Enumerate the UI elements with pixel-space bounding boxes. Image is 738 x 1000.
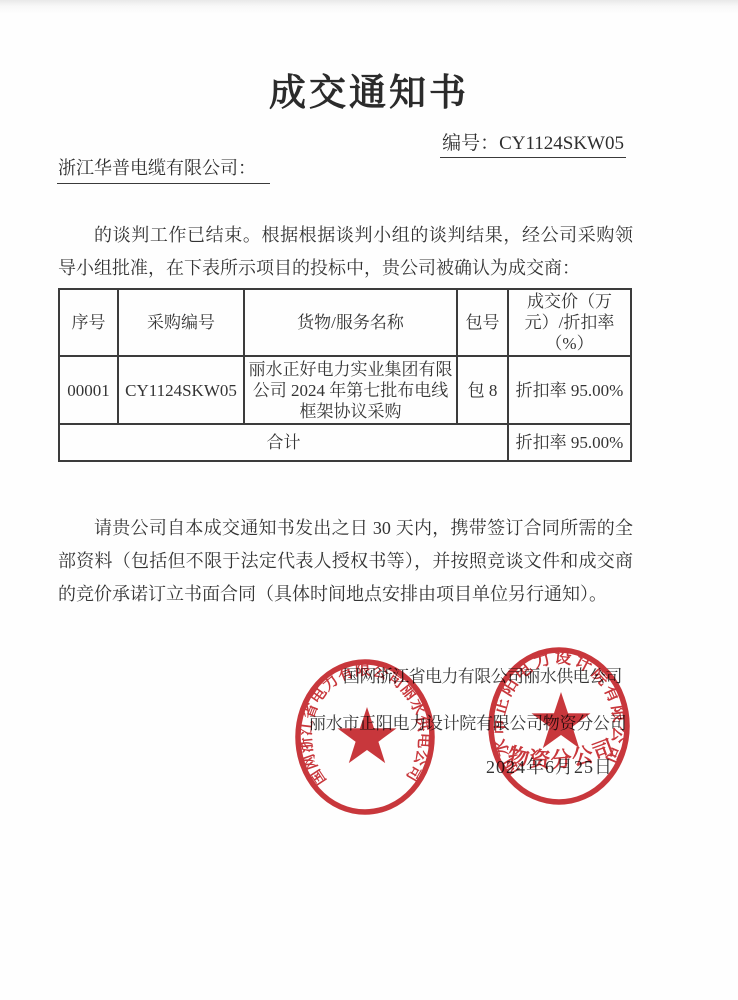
- company-seal-left: 国网浙江省电力有限公司丽水供电公司: [292, 657, 438, 822]
- total-label-cell: 合计: [59, 424, 508, 461]
- star-icon: [532, 692, 591, 748]
- cell-seq: 00001: [59, 356, 118, 424]
- col-header-seq: 序号: [59, 289, 118, 356]
- table-total-row: 合计 折扣率 95.00%: [59, 424, 631, 461]
- svg-text:物资分公司: 物资分公司: [506, 735, 619, 773]
- seal-right-banner-text: 物资分公司: [506, 735, 619, 773]
- intro-paragraph: 的谈判工作已结束。根据根据谈判小组的谈判结果，经公司采购领导小组批准，在下表所示…: [58, 219, 633, 285]
- cell-code: CY1124SKW05: [118, 356, 244, 424]
- col-header-code: 采购编号: [118, 289, 244, 356]
- col-header-pkg: 包号: [457, 289, 508, 356]
- notice-paragraph: 请贵公司自本成交通知书发出之日 30 天内，携带签订合同所需的全部资料（包括但不…: [58, 512, 633, 611]
- award-table: 序号 采购编号 货物/服务名称 包号 成交价（万元）/折扣率（%） 00001 …: [58, 288, 632, 462]
- table-row: 00001 CY1124SKW05 丽水正好电力实业集团有限公司 2024 年第…: [59, 356, 631, 424]
- total-price-cell: 折扣率 95.00%: [508, 424, 631, 461]
- seal-left-icon: 国网浙江省电力有限公司丽水供电公司: [292, 657, 438, 817]
- page-title: 成交通知书: [0, 62, 738, 116]
- col-header-price: 成交价（万元）/折扣率（%）: [508, 289, 631, 356]
- company-seal-right: 丽水市正阳电力设计院有限公司 物资分公司: [485, 645, 633, 812]
- cell-pkg: 包 8: [457, 356, 508, 424]
- cell-price: 折扣率 95.00%: [508, 356, 631, 424]
- table-header-row: 序号 采购编号 货物/服务名称 包号 成交价（万元）/折扣率（%）: [59, 289, 631, 356]
- col-header-name: 货物/服务名称: [244, 289, 457, 356]
- recipient-name: 浙江华普电缆有限公司：: [57, 154, 270, 184]
- cell-goods-name: 丽水正好电力实业集团有限公司 2024 年第七批布电线框架协议采购: [244, 356, 457, 424]
- star-icon: [338, 707, 397, 763]
- document-number: 编号：CY1124SKW05: [440, 128, 626, 158]
- document-page: 成交通知书 编号：CY1124SKW05 浙江华普电缆有限公司： 的谈判工作已结…: [0, 0, 738, 1000]
- seal-right-icon: 丽水市正阳电力设计院有限公司 物资分公司: [485, 645, 633, 807]
